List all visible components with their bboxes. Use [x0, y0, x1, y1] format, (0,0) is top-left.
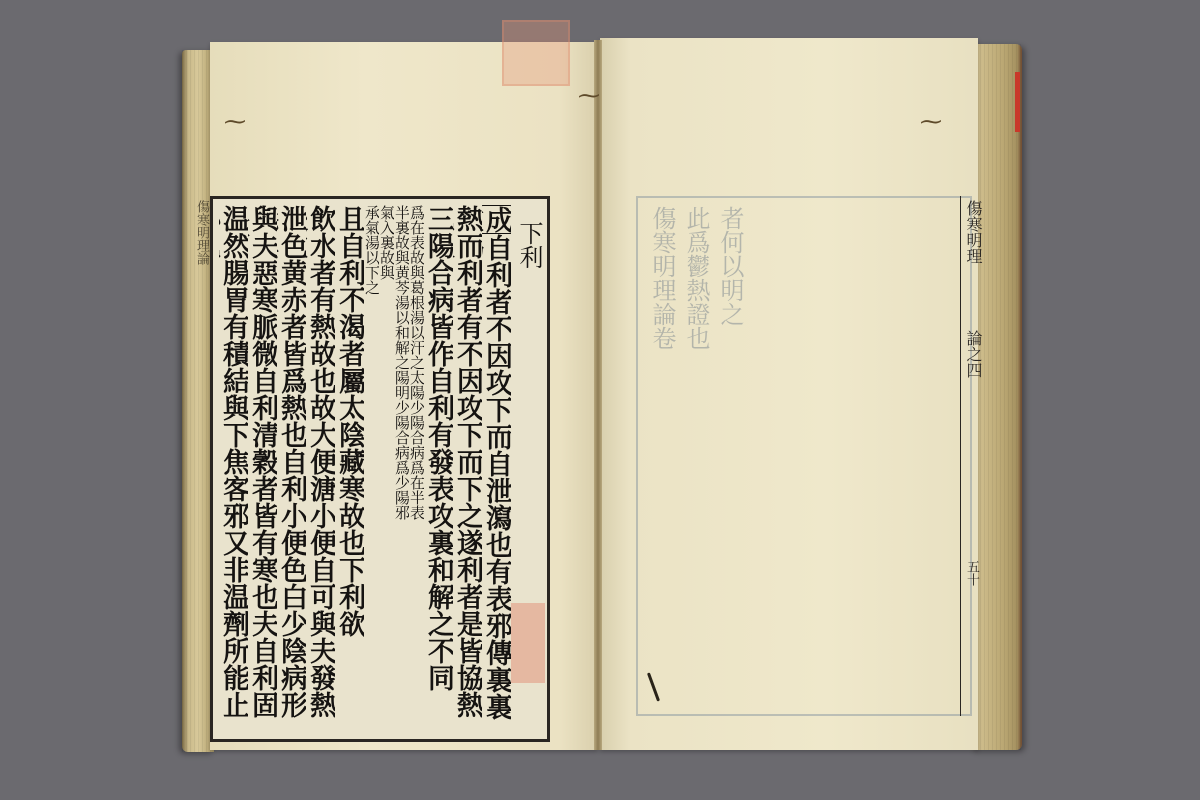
text-frame: 下利 成自利者不因攻下而自泄瀉也有表邪傳裏裏虛協 熱而利者有不因攻下而下之遂利者…: [210, 196, 550, 742]
show-through-text: 傷寒明理論卷 此爲鬱熱證也 者何以明之: [648, 206, 960, 706]
text-column: 三陽合病皆作自利有發表攻裏和解之不同: [424, 205, 453, 735]
commentator-marker: 成: [482, 205, 511, 234]
page-margin: [960, 196, 979, 716]
text-column: 與夫惡寒脈微自利清穀者皆有寒也夫自利固多可: [248, 205, 277, 735]
open-book: 傷寒明理論 ⁓ ⁓ ⁓ 下利 成自利者不因攻下而自泄瀉也有表邪傳裏裏虛協 熱而利…: [0, 0, 1200, 800]
left-edge-text: 傷寒明理論: [192, 200, 211, 265]
text-columns: 下利 成自利者不因攻下而自泄瀉也有表邪傳裏裏虛協 熱而利者有不因攻下而下之遂利者…: [219, 205, 543, 735]
section-heading: 下利: [511, 205, 543, 751]
margin-folio: 五十: [962, 560, 981, 586]
margin-volume: 論之四: [962, 330, 985, 378]
faint-seal-stamp: [502, 20, 570, 86]
text-column: 成自利者不因攻下而自泄瀉也有表邪傳裏裏虛協: [482, 205, 511, 735]
note-column: 承氣湯以下之: [364, 205, 379, 735]
text-column: 熱而利者有不因攻下而下之遂利者是皆協熱也又: [453, 205, 482, 735]
text-column: 温然腸胃有積結與下焦客邪又非温劑所能止必也: [219, 205, 248, 735]
text-column: 泄色黄赤者皆爲熱也自利小便色白少陰病形悉具: [277, 205, 306, 735]
right-page-stack: [972, 44, 1022, 750]
text-column: 且自利不渴者屬太陰藏寒故也下利欲: [335, 205, 364, 735]
note-column: 氣入裏故與: [379, 205, 394, 735]
thread-mark: ⁓: [578, 84, 600, 109]
note-column: 半裏故與黄芩湯以和解之陽明少陽合病爲少陽邪: [394, 205, 409, 735]
red-bookmark: [1015, 72, 1020, 132]
thread-mark: ⁓: [920, 110, 942, 135]
thread-mark: ⁓: [224, 110, 246, 135]
note-column: 爲在表故與葛根湯以汗之太陽少陽合病爲在半表: [409, 205, 424, 735]
show-through-frame: 傷寒明理論卷 此爲鬱熱證也 者何以明之: [636, 196, 972, 716]
text-column: 飲水者有熱故也故大便溏小便自可與夫發熱後重: [306, 205, 335, 735]
book-gutter: [594, 40, 602, 750]
margin-title: 傷寒明理: [962, 200, 985, 264]
